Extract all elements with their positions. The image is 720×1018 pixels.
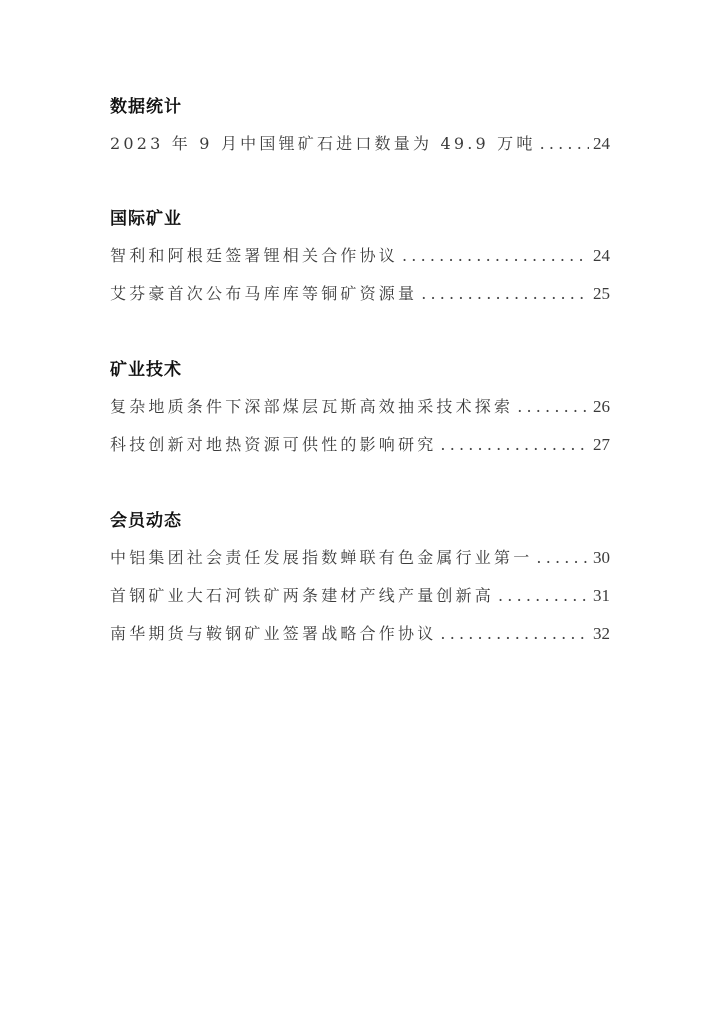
toc-leader-dots [498,577,589,615]
toc-page-number: 31 [593,577,610,615]
toc-page: 数据统计 2023 年 9 月中国锂矿石进口数量为 49.9 万吨 24 国际矿… [0,0,720,1018]
toc-section-mining-technology: 矿业技术 复杂地质条件下深部煤层瓦斯高效抽采技术探索 26 科技创新对地热资源可… [110,358,610,464]
toc-entry-title: 首钢矿业大石河铁矿两条建材产线产量创新高 [110,577,494,615]
toc-page-number: 25 [593,275,610,313]
toc-page-number: 24 [593,125,610,163]
section-title: 数据统计 [110,95,610,119]
section-title: 国际矿业 [110,207,610,231]
toc-page-number: 30 [593,539,610,577]
toc-leader-dots [517,388,589,426]
toc-entry[interactable]: 艾芬豪首次公布马库库等铜矿资源量 25 [110,275,610,313]
toc-entry-title: 2023 年 9 月中国锂矿石进口数量为 49.9 万吨 [110,125,536,163]
toc-entry[interactable]: 智利和阿根廷签署锂相关合作协议 24 [110,237,610,275]
toc-leader-dots [440,426,589,464]
toc-entry[interactable]: 科技创新对地热资源可供性的影响研究 27 [110,426,610,464]
toc-leader-dots [536,539,589,577]
toc-entry[interactable]: 中铝集团社会责任发展指数蝉联有色金属行业第一 30 [110,539,610,577]
toc-leader-dots [540,125,589,163]
toc-entry-title: 南华期货与鞍钢矿业签署战略合作协议 [110,615,436,653]
toc-entry-title: 智利和阿根廷签署锂相关合作协议 [110,237,398,275]
toc-leader-dots [421,275,589,313]
toc-page-number: 24 [593,237,610,275]
toc-section-international-mining: 国际矿业 智利和阿根廷签署锂相关合作协议 24 艾芬豪首次公布马库库等铜矿资源量… [110,207,610,313]
toc-entry-title: 艾芬豪首次公布马库库等铜矿资源量 [110,275,417,313]
toc-page-number: 32 [593,615,610,653]
toc-page-number: 26 [593,388,610,426]
toc-entry[interactable]: 首钢矿业大石河铁矿两条建材产线产量创新高 31 [110,577,610,615]
section-title: 矿业技术 [110,358,610,382]
toc-section-member-news: 会员动态 中铝集团社会责任发展指数蝉联有色金属行业第一 30 首钢矿业大石河铁矿… [110,509,610,653]
toc-entry[interactable]: 2023 年 9 月中国锂矿石进口数量为 49.9 万吨 24 [110,125,610,163]
toc-leader-dots [440,615,589,653]
section-title: 会员动态 [110,509,610,533]
toc-section-data-statistics: 数据统计 2023 年 9 月中国锂矿石进口数量为 49.9 万吨 24 [110,95,610,163]
toc-entry-title: 复杂地质条件下深部煤层瓦斯高效抽采技术探索 [110,388,513,426]
toc-entry-title: 中铝集团社会责任发展指数蝉联有色金属行业第一 [110,539,532,577]
toc-leader-dots [402,237,589,275]
toc-entry-title: 科技创新对地热资源可供性的影响研究 [110,426,436,464]
toc-entry[interactable]: 复杂地质条件下深部煤层瓦斯高效抽采技术探索 26 [110,388,610,426]
toc-page-number: 27 [593,426,610,464]
toc-entry[interactable]: 南华期货与鞍钢矿业签署战略合作协议 32 [110,615,610,653]
